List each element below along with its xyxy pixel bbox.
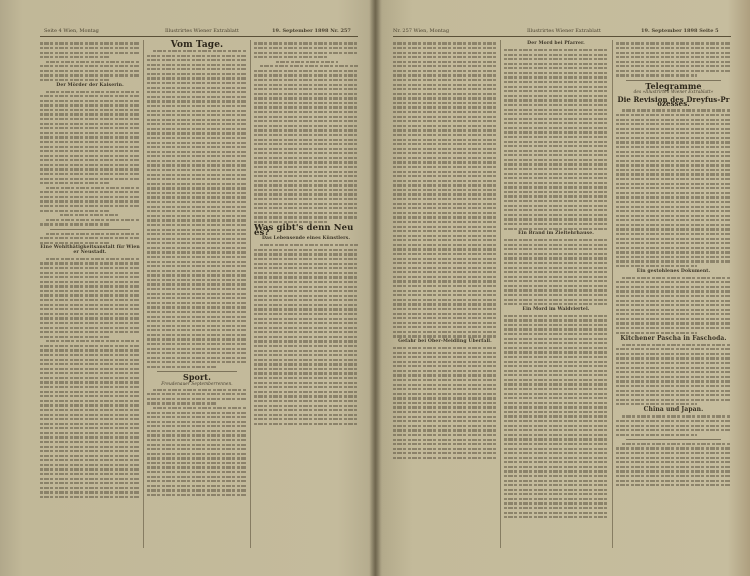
section-heading: Eine Wohlthätigkeitsanstalt für Wiener N… (40, 246, 140, 255)
left-header-rule (40, 36, 358, 37)
column-divider (500, 40, 501, 548)
left-column-3: Was gibt's denn Neues? Das Lebensende ei… (254, 40, 358, 548)
right-page: Nr. 257 Wien, Montag Illustrirtes Wiener… (375, 0, 750, 576)
left-column-2: Vom Tage. Sport. Freudenauer Septemberre… (147, 40, 247, 548)
column-divider (143, 40, 144, 548)
column-divider (612, 40, 613, 548)
section-heading: Der Mord bei Pfarrer. (504, 42, 608, 47)
newspaper-spread: Seite 4 Wien, Montag Illustrirtes Wiener… (0, 0, 750, 576)
left-column-1: Der Mörder der Kaiserin. Eine Wohlthätig… (40, 40, 140, 548)
right-column-2: Der Mord bei Pfarrer. Ein Brand im Zielt… (504, 40, 608, 548)
section-heading-dreyfus: Die Revision des Dreyfus-Prozesses. (616, 98, 731, 107)
section-subheading: Das Lebensende eines Künstlers. (254, 237, 358, 242)
right-header-rule (393, 36, 731, 37)
section-heading-vom-tage: Vom Tage. (147, 43, 247, 48)
left-header-date-issue: 19. September 1898 Nr. 257 (272, 28, 351, 34)
right-header-date-page: 19. September 1898 Seite 5 (641, 28, 719, 34)
section-heading: China und Japan. (616, 408, 731, 413)
left-city-day: Wien, Montag (63, 28, 99, 34)
section-heading: Gefahr bei Ober-Meidling Überfall. (393, 340, 497, 345)
column-divider (250, 40, 251, 548)
right-column-1: Gefahr bei Ober-Meidling Überfall. (393, 40, 497, 548)
section-heading-telegramme: Telegramme (616, 84, 731, 89)
right-header-title: Illustrirtes Wiener Extrablatt (527, 28, 601, 34)
section-heading: Der Mörder der Kaiserin. (40, 84, 140, 89)
right-header-issue-city: Nr. 257 Wien, Montag (393, 28, 449, 34)
section-heading-sport: Sport. (147, 375, 247, 380)
left-page: Seite 4 Wien, Montag Illustrirtes Wiener… (0, 0, 375, 576)
section-subheading: Freudenauer Septemberrennen. (147, 382, 247, 387)
left-header-title: Illustrirtes Wiener Extrablatt (165, 28, 239, 34)
section-heading-was-gibts-neues: Was gibt's denn Neues? (254, 226, 358, 235)
right-column-3: Telegramme des »Illustrirten Wiener Extr… (616, 40, 731, 548)
left-header-page-city: Seite 4 Wien, Montag (44, 28, 99, 34)
section-heading: Kitchener Pascha in Faschoda. (616, 337, 731, 342)
section-heading: Ein gestohlenes Dokument. (616, 270, 731, 275)
left-page-number: Seite 4 (44, 28, 62, 34)
section-heading: Ein Mord im Waldviertel. (504, 308, 608, 313)
section-heading: Ein Brand im Zieltehrhause. (504, 232, 608, 237)
